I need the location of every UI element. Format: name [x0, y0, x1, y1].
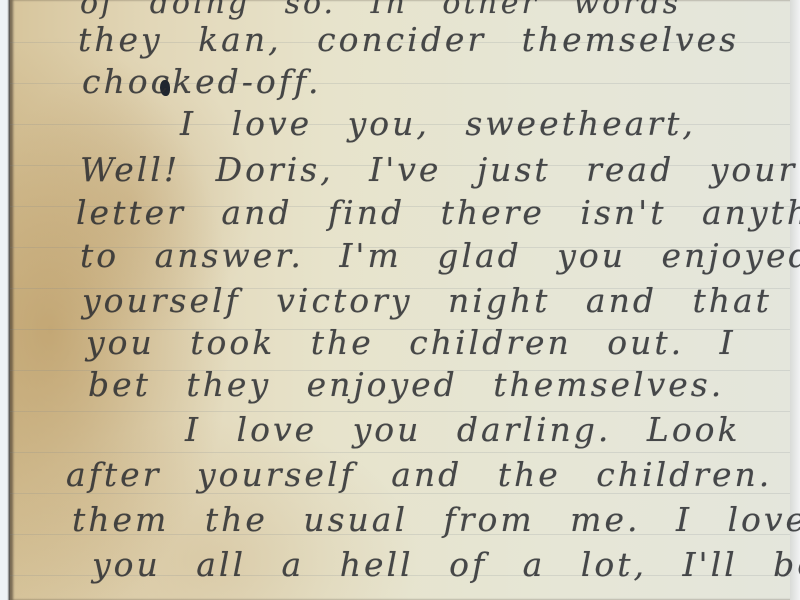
- text-line: letter and find there isn't anything: [76, 193, 800, 232]
- text-line: to answer. I'm glad you enjoyed: [80, 236, 800, 275]
- text-line: you all a hell of a lot, I'll be: [92, 545, 800, 584]
- text-line: them the usual from me. I love: [72, 500, 800, 539]
- text-line: you took the children out. I: [86, 323, 736, 362]
- text-line: chocked-off.: [82, 62, 322, 101]
- text-line: I love you, sweetheart,: [180, 104, 696, 143]
- text-line: after yourself and the children. Give: [66, 455, 800, 494]
- letter-photo: of doing so. In other words they kan, co…: [0, 0, 800, 600]
- text-line: bet they enjoyed themselves.: [88, 365, 724, 404]
- text-line: they kan, concider themselves: [78, 20, 739, 59]
- text-line: I love you darling. Look: [185, 410, 741, 449]
- handwritten-text: of doing so. In other words they kan, co…: [0, 0, 800, 600]
- text-line: yourself victory night and that: [82, 281, 772, 320]
- text-line: of doing so. In other words: [80, 0, 681, 21]
- text-line: Well! Doris, I've just read your: [80, 150, 797, 189]
